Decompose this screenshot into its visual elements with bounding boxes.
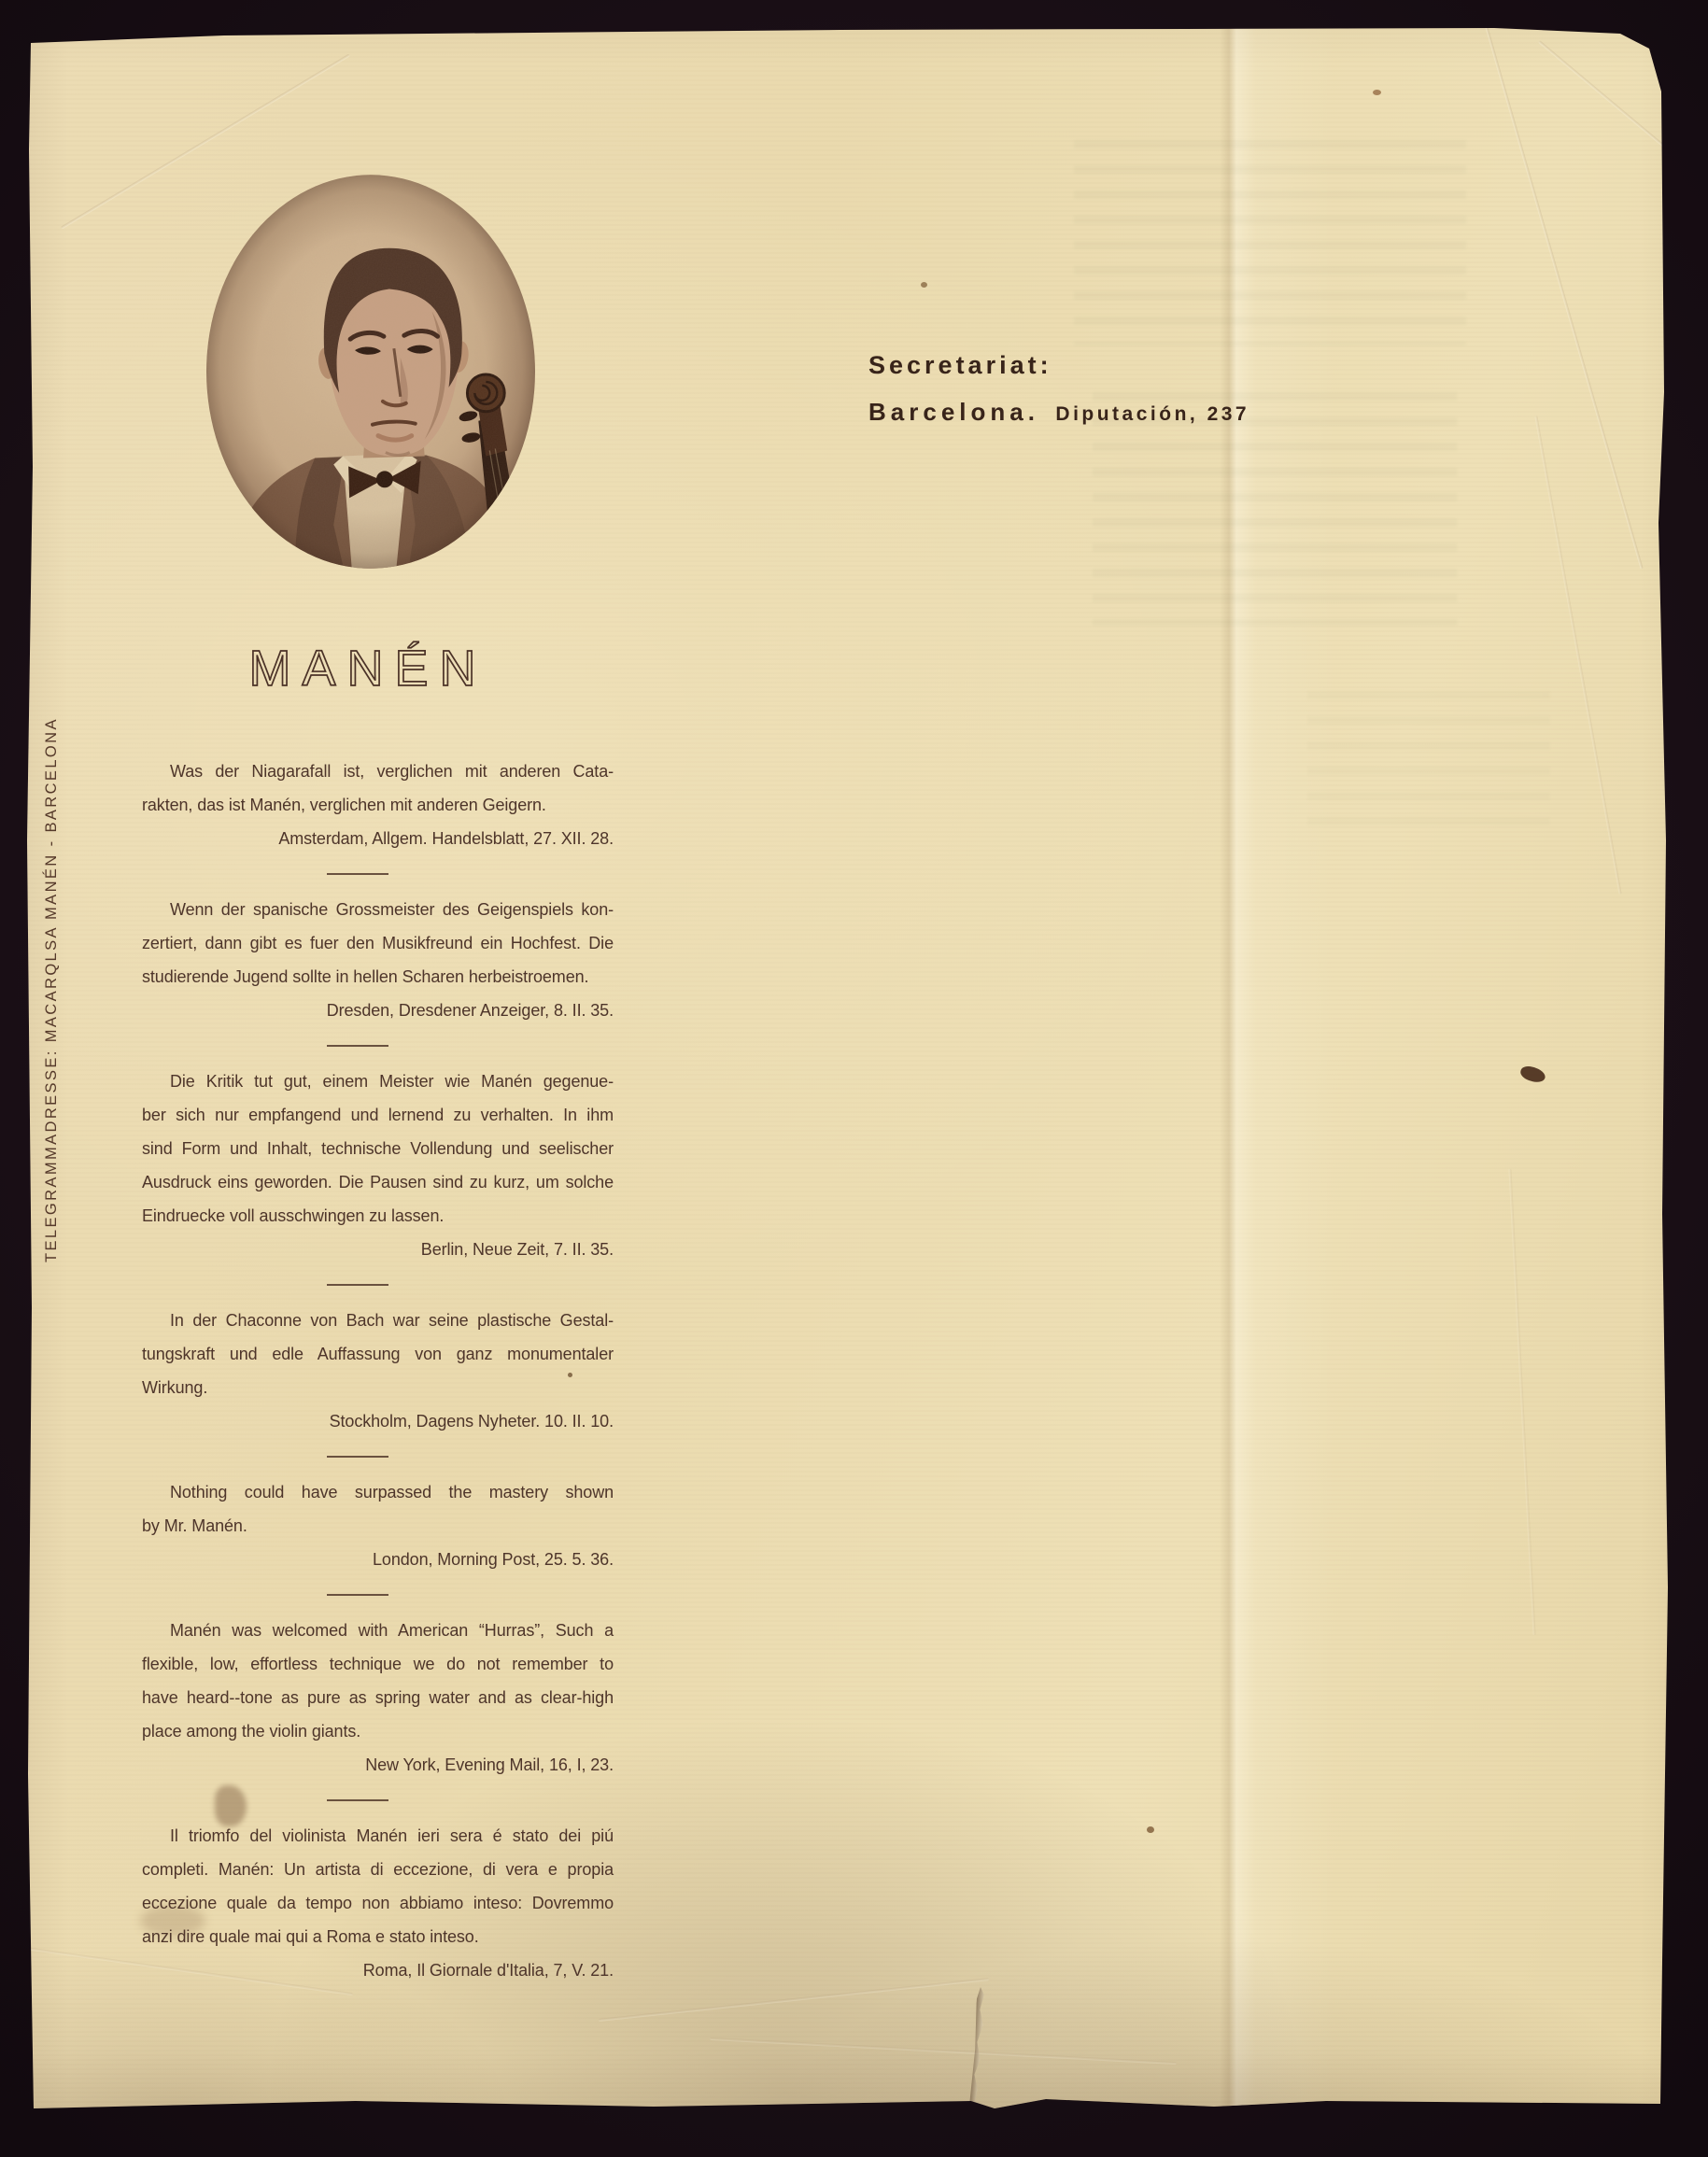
quote-divider <box>327 1799 388 1801</box>
quote-line: anzi dire quale mai qui a Roma e stato i… <box>142 1920 614 1953</box>
press-quote: Die Kritik tut gut, einem Meister wie Ma… <box>142 1064 614 1266</box>
quote-source: London, Morning Post, 25. 5. 36. <box>142 1543 614 1576</box>
quote-line: studierende Jugend sollte in hellen Scha… <box>142 960 614 994</box>
quote-line: sind Form und Inhalt, technische Vollend… <box>142 1132 614 1165</box>
document-paper: TELEGRAMMADRESSE: MACARQLSA MANÉN - BARC… <box>0 0 1708 2157</box>
quote-line: have heard--tone as pure as spring water… <box>142 1681 614 1714</box>
telegram-address: TELEGRAMMADRESSE: MACARQLSA MANÉN - BARC… <box>43 796 71 1262</box>
quote-line: Il triomfo del violinista Manén ieri ser… <box>142 1819 614 1853</box>
ink-bleedthrough <box>1093 392 1457 626</box>
secretariat-city: Barcelona. <box>868 398 1039 426</box>
secretariat-street: Diputación, 237 <box>1055 403 1249 425</box>
quote-line: eccezione quale da tempo non abbiamo int… <box>142 1886 614 1920</box>
quote-line: Wenn der spanische Grossmeister des Geig… <box>142 893 614 926</box>
ink-bleedthrough <box>1074 140 1466 345</box>
tear-bottom-edge <box>968 1987 987 2112</box>
stain-spot <box>1147 1826 1154 1833</box>
quote-divider <box>327 1456 388 1458</box>
crease-top-right-long <box>1475 0 1643 570</box>
quote-line: completi. Manén: Un artista di eccezione… <box>142 1853 614 1886</box>
quote-line: place among the violin giants. <box>142 1714 614 1748</box>
quote-source: Dresden, Dresdener Anzeiger, 8. II. 35. <box>142 994 614 1027</box>
crease-mid-right <box>1508 1169 1535 1635</box>
stain-spot <box>921 282 927 288</box>
ink-blot <box>1519 1064 1547 1084</box>
quote-line: rakten, das ist Manén, verglichen mit an… <box>142 788 614 822</box>
quote-line: flexible, low, effortless technique we d… <box>142 1647 614 1681</box>
quote-line: Manén was welcomed with American “Hurras… <box>142 1614 614 1647</box>
wrinkle-bottom-center-2 <box>710 2037 1176 2065</box>
quote-line: by Mr. Manén. <box>142 1509 614 1543</box>
press-quote: Nothing could have surpassed the mastery… <box>142 1475 614 1576</box>
press-quote: In der Chaconne von Bach war seine plast… <box>142 1304 614 1438</box>
quote-line: Die Kritik tut gut, einem Meister wie Ma… <box>142 1064 614 1098</box>
press-quote: Il triomfo del violinista Manén ieri ser… <box>142 1819 614 1987</box>
quote-source: Stockholm, Dagens Nyheter. 10. II. 10. <box>142 1404 614 1438</box>
wrinkle-bottom-center <box>599 1978 989 2022</box>
quote-divider <box>327 1594 388 1596</box>
secretariat-address: Barcelona. Diputación, 237 <box>868 398 1249 427</box>
quote-line: Nothing could have surpassed the mastery… <box>142 1475 614 1509</box>
quote-divider <box>327 873 388 875</box>
quote-source: Berlin, Neue Zeit, 7. II. 35. <box>142 1233 614 1266</box>
secretariat-block: Secretariat: Barcelona. Diputación, 237 <box>868 351 1249 427</box>
quote-line: Ausdruck eins geworden. Die Pausen sind … <box>142 1165 614 1199</box>
quote-line: ber sich nur empfangend und lernend zu v… <box>142 1098 614 1132</box>
quote-line: Wirkung. <box>142 1371 614 1404</box>
quote-source: Roma, Il Giornale d'Italia, 7, V. 21. <box>142 1953 614 1987</box>
quote-divider <box>327 1045 388 1047</box>
press-quote: Wenn der spanische Grossmeister des Geig… <box>142 893 614 1027</box>
photo-background: TELEGRAMMADRESSE: MACARQLSA MANÉN - BARC… <box>0 0 1708 2157</box>
quote-line: Eindruecke voll ausschwingen zu lassen. <box>142 1199 614 1233</box>
press-quote: Manén was welcomed with American “Hurras… <box>142 1614 614 1782</box>
quote-divider <box>327 1284 388 1286</box>
crease-top-right-corner <box>1538 40 1708 187</box>
secretariat-label: Secretariat: <box>868 351 1249 380</box>
quote-source: Amsterdam, Allgem. Handelsblatt, 27. XII… <box>142 822 614 855</box>
quote-source: New York, Evening Mail, 16, I, 23. <box>142 1748 614 1782</box>
press-quotes-column: Was der Niagarafall ist, verglichen mit … <box>142 754 614 1987</box>
artist-title: MANÉN <box>228 633 508 702</box>
ink-bleedthrough <box>1307 691 1550 840</box>
stain-spot <box>1373 90 1381 95</box>
press-quote: Was der Niagarafall ist, verglichen mit … <box>142 754 614 855</box>
portrait-photo <box>204 172 538 571</box>
quote-line: tungskraft und edle Auffassung von ganz … <box>142 1337 614 1371</box>
quote-line: Was der Niagarafall ist, verglichen mit … <box>142 754 614 788</box>
quote-line: zertiert, dann gibt es fuer den Musikfre… <box>142 926 614 960</box>
artist-title-text: MANÉN <box>248 641 487 697</box>
quote-line: In der Chaconne von Bach war seine plast… <box>142 1304 614 1337</box>
